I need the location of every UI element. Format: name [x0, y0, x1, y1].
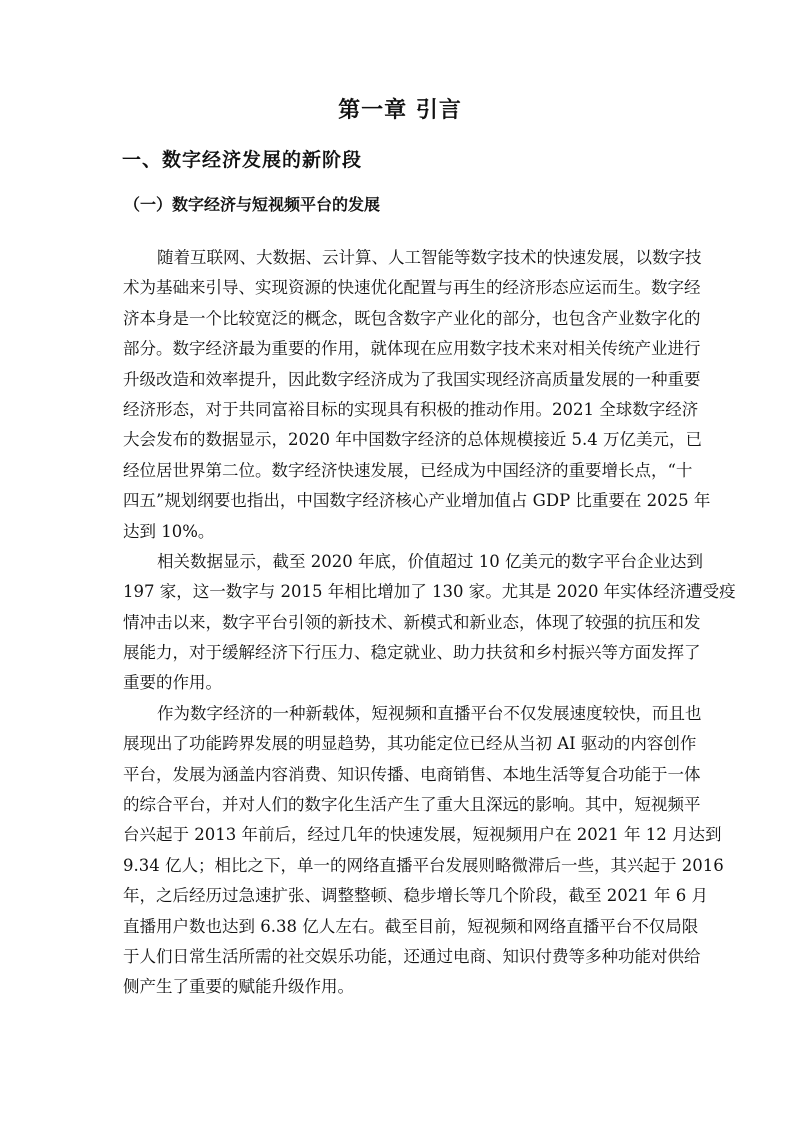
text-line: 于人们日常生活所需的社交娱乐功能，还通过电商、知识付费等多种功能对供给 [123, 942, 679, 972]
text-line: 随着互联网、大数据、云计算、人工智能等数字技术的快速发展，以数字技 [123, 243, 679, 273]
section-heading: 一、数字经济发展的新阶段 [122, 146, 362, 174]
text-line: 作为数字经济的一种新载体，短视频和直播平台不仅发展速度较快，而且也 [123, 699, 679, 729]
chapter-title: 第一章 引言 [0, 96, 800, 126]
text-line: 平台，发展为涵盖内容消费、知识传播、电商销售、本地生活等复合功能于一体 [123, 760, 679, 790]
text-line: 经位居世界第二位。数字经济快速发展，已经成为中国经济的重要增长点，“十 [123, 456, 679, 486]
text-line: 197 家，这一数字与 2015 年相比增加了 130 家。尤其是 2020 年… [123, 577, 679, 607]
paragraph-1: 随着互联网、大数据、云计算、人工智能等数字技术的快速发展，以数字技 术为基础来引… [123, 243, 679, 547]
document-page: 第一章 引言 一、数字经济发展的新阶段 （一）数字经济与短视频平台的发展 随着互… [0, 0, 800, 1132]
text-line: 达到 10%。 [123, 517, 679, 547]
text-line: 重要的作用。 [123, 668, 679, 698]
text-line: 济本身是一个比较宽泛的概念，既包含数字产业化的部分，也包含产业数字化的 [123, 304, 679, 334]
text-line: 年，之后经历过急速扩张、调整整顿、稳步增长等几个阶段，截至 2021 年 6 月 [123, 881, 679, 911]
subsection-heading: （一）数字经济与短视频平台的发展 [124, 193, 380, 217]
paragraph-3: 作为数字经济的一种新载体，短视频和直播平台不仅发展速度较快，而且也 展现出了功能… [123, 699, 679, 1003]
text-line: 部分。数字经济最为重要的作用，就体现在应用数字技术来对相关传统产业进行 [123, 334, 679, 364]
text-line: 术为基础来引导、实现资源的快速优化配置与再生的经济形态应运而生。数字经 [123, 273, 679, 303]
text-line: 台兴起于 2013 年前后，经过几年的快速发展，短视频用户在 2021 年 12… [123, 820, 679, 850]
paragraph-2: 相关数据显示，截至 2020 年底，价值超过 10 亿美元的数字平台企业达到 1… [123, 547, 679, 699]
text-line: 展能力，对于缓解经济下行压力、稳定就业、助力扶贫和乡村振兴等方面发挥了 [123, 638, 679, 668]
text-line: 大会发布的数据显示，2020 年中国数字经济的总体规模接近 5.4 万亿美元，已 [123, 425, 679, 455]
text-line: 侧产生了重要的赋能升级作用。 [123, 972, 679, 1002]
text-line: 的综合平台，并对人们的数字化生活产生了重大且深远的影响。其中，短视频平 [123, 790, 679, 820]
text-line: 直播用户数也达到 6.38 亿人左右。截至目前，短视频和网络直播平台不仅局限 [123, 912, 679, 942]
body-text: 随着互联网、大数据、云计算、人工智能等数字技术的快速发展，以数字技 术为基础来引… [123, 243, 679, 1003]
text-line: 情冲击以来，数字平台引领的新技术、新模式和新业态，体现了较强的抗压和发 [123, 608, 679, 638]
text-line: 相关数据显示，截至 2020 年底，价值超过 10 亿美元的数字平台企业达到 [123, 547, 679, 577]
text-line: 四五”规划纲要也指出，中国数字经济核心产业增加值占 GDP 比重要在 2025 … [123, 486, 679, 516]
text-line: 升级改造和效率提升，因此数字经济成为了我国实现经济高质量发展的一种重要 [123, 365, 679, 395]
text-line: 展现出了功能跨界发展的明显趋势，其功能定位已经从当初 AI 驱动的内容创作 [123, 729, 679, 759]
text-line: 9.34 亿人；相比之下，单一的网络直播平台发展则略微滞后一些，其兴起于 201… [123, 851, 679, 881]
text-line: 经济形态，对于共同富裕目标的实现具有积极的推动作用。2021 全球数字经济 [123, 395, 679, 425]
